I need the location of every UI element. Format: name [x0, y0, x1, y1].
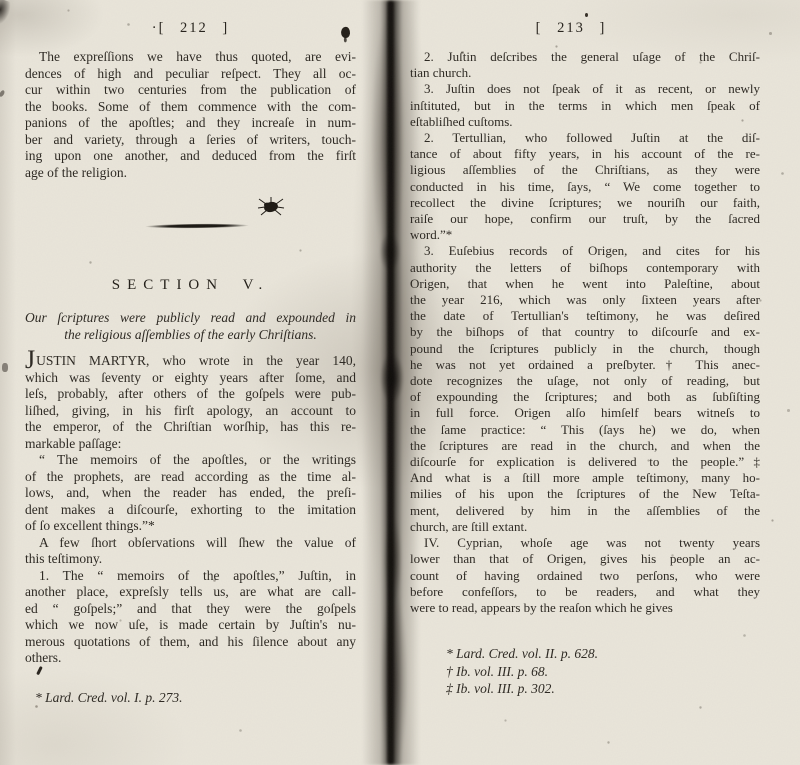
text-line: before confeſſors, to be readers, and wh…: [410, 584, 760, 600]
drop-initial: J: [25, 345, 36, 374]
text-line: cur within two centuries from the public…: [25, 82, 356, 99]
text-line: liſhed, giving, in his firſt apology, an…: [25, 403, 356, 420]
text-line: panions of the apoſtles; and they increa…: [25, 115, 356, 132]
text-line: age of the religion.: [25, 165, 356, 182]
text-line: which we now uſe, is made certain by Juſ…: [25, 617, 356, 634]
left-footnote: * Lard. Cred. vol. I. p. 273.: [25, 690, 356, 706]
text-line: of expounding the ſcriptures; and both a…: [410, 389, 760, 405]
text-line: A few ſhort obſervations will ſhew the v…: [25, 535, 356, 552]
page-number-212-label: [ 212 ]: [159, 20, 230, 36]
page-number-212: ·[ 212 ]: [25, 20, 356, 37]
text-line: tian church.: [410, 65, 760, 81]
text-line: conducted in his time, ſays, “ We come t…: [410, 179, 760, 195]
edge-ink-tick: [0, 89, 5, 97]
footnote-line: * Lard. Cred. vol. II. p. 628.: [446, 645, 760, 663]
text-line: 1. The “ memoirs of the apoſtles,” Juſti…: [25, 568, 356, 585]
text-line: the ſcriptures are read in the church, a…: [410, 438, 760, 454]
text-line: ing upon one another, and deduced from t…: [25, 148, 356, 165]
text-line: leſs, probably, after others of the goſp…: [25, 386, 356, 403]
scanned-book-spread: { "page_left": { "header_prefix": "·", "…: [0, 0, 800, 765]
text-line: 2. Juſtin deſcribes the general uſage of…: [410, 49, 760, 65]
text-line: the date of Tertullian's teſtimony, he w…: [410, 308, 760, 324]
section-subtitle: Our ſcriptures were publicly read and ex…: [25, 309, 356, 343]
text-line: And what is a ſtill more ample teſtimony…: [410, 470, 760, 486]
text-line: 2. Tertullian, who followed Juſtin at th…: [410, 130, 760, 146]
text-line: tance of about fifty years, in his accou…: [410, 146, 760, 162]
section-heading: SECTION V.: [25, 277, 356, 294]
text-line: this teſtimony.: [25, 551, 356, 568]
text-line: he was not yet ordained a preſbyter.† Th…: [410, 357, 760, 373]
text-line: recollect the divine ſcriptures; we nour…: [410, 195, 760, 211]
text-line: dent makes a diſcourſe, exhorting to the…: [25, 502, 356, 519]
text-line: diſcourſe for explication is delivered t…: [410, 454, 760, 470]
text-line: Origen, that when he went into Paleſtine…: [410, 276, 760, 292]
text-line: JUSTIN MARTYR, who wrote in the year 140…: [25, 352, 356, 370]
text-line: 3. Juſtin does not ſpeak of it as recent…: [410, 81, 760, 97]
text-line: church, are ſtill extant.: [410, 519, 760, 535]
edge-ink-tick: [2, 363, 8, 372]
text-line: eſtabliſhed cuſtoms.: [410, 114, 760, 130]
page-number-213: [ 213 ]: [410, 20, 760, 37]
text-line: of ſo excellent things.”*: [25, 518, 356, 535]
text-line: milies of his upon the ſcriptures of the…: [410, 486, 760, 502]
ink-dot-above-header: [585, 13, 588, 17]
section-divider-rule: [145, 222, 249, 229]
squashed-insect-mark: [256, 195, 286, 219]
page-213: [ 213 ] 2. Juſtin deſcribes the general …: [410, 20, 760, 698]
right-footnotes: * Lard. Cred. vol. II. p. 628.† Ib. vol.…: [410, 645, 760, 698]
text-line: ment, delivered by him in the aſſemblies…: [410, 503, 760, 519]
text-line: raiſe our hope, confirm our truſt, by th…: [410, 211, 760, 227]
left-main-text: JUSTIN MARTYR, who wrote in the year 140…: [25, 352, 356, 667]
text-line: IV. Cyprian, whoſe age was not twenty ye…: [410, 535, 760, 551]
section-subtitle-line-1: Our ſcriptures were publicly read and ex…: [25, 309, 356, 326]
text-line: merous quotations of them, and his ſilen…: [25, 634, 356, 651]
page-212: ·[ 212 ] The expreſſions we have thus qu…: [25, 20, 356, 706]
text-line: markable paſſage:: [25, 436, 356, 453]
text-line: inſtituted, but in the terms in which me…: [410, 98, 760, 114]
text-line: authority the letters of biſhops contemp…: [410, 260, 760, 276]
text-line: The expreſſions we have thus quoted, are…: [25, 49, 356, 66]
text-line: the emperor, of the Chriſtian worſhip, h…: [25, 419, 356, 436]
ink-blot: [256, 195, 286, 219]
text-line: the year 216, which was only ſixteen yea…: [410, 292, 760, 308]
text-line: 3. Euſebius records of Origen, and cites…: [410, 243, 760, 259]
section-subtitle-line-2: the religious aſſemblies of the early Ch…: [25, 326, 356, 343]
text-line: pound the ſcriptures publicly in the chu…: [410, 341, 760, 357]
footnote-line: ‡ Ib. vol. III. p. 302.: [446, 680, 760, 698]
text-line: ligious aſſemblies of the Chriſtians, as…: [410, 162, 760, 178]
left-intro-paragraph: The expreſſions we have thus quoted, are…: [25, 49, 356, 181]
text-line: by the biſhops of that country to diſcou…: [410, 324, 760, 340]
text-line: in full force. Origen alſo himſelf bears…: [410, 405, 760, 421]
page-number-213-label: [ 213 ]: [536, 20, 607, 36]
text-line: another place, expreſsly tells us, are w…: [25, 584, 356, 601]
header-ink-dot: ·: [152, 20, 159, 36]
text-line: lows, and, when the reader has ended, th…: [25, 485, 356, 502]
text-line: others.: [25, 650, 356, 667]
corner-ink-smudge: [0, 0, 13, 28]
text-line: word.”*: [410, 227, 760, 243]
text-line: ed “ goſpels;” and that they were the go…: [25, 601, 356, 618]
text-line: dote recognizes the uſage, not only of r…: [410, 373, 760, 389]
text-line: lower than that of Origen, gives his peo…: [410, 551, 760, 567]
footnote-line: † Ib. vol. III. p. 68.: [446, 663, 760, 681]
text-line: count of having ordained two perſons, wh…: [410, 568, 760, 584]
text-line: dences of high and peculiar reſpect. The…: [25, 66, 356, 83]
text-line: were to read, appears by the reaſon whic…: [410, 600, 760, 616]
right-main-text: 2. Juſtin deſcribes the general uſage of…: [410, 49, 760, 616]
text-line: the ſame practice: “ This (ſays he) we d…: [410, 422, 760, 438]
text-line: of the prophets, are read according as t…: [25, 469, 356, 486]
text-line: the books. Some of them commence with th…: [25, 99, 356, 116]
text-line: “ The memoirs of the apoſtles, or the wr…: [25, 452, 356, 469]
text-line: which was ſeventy or eighty years after …: [25, 370, 356, 387]
text-line: ber and variety, through a ſeries of wri…: [25, 132, 356, 149]
